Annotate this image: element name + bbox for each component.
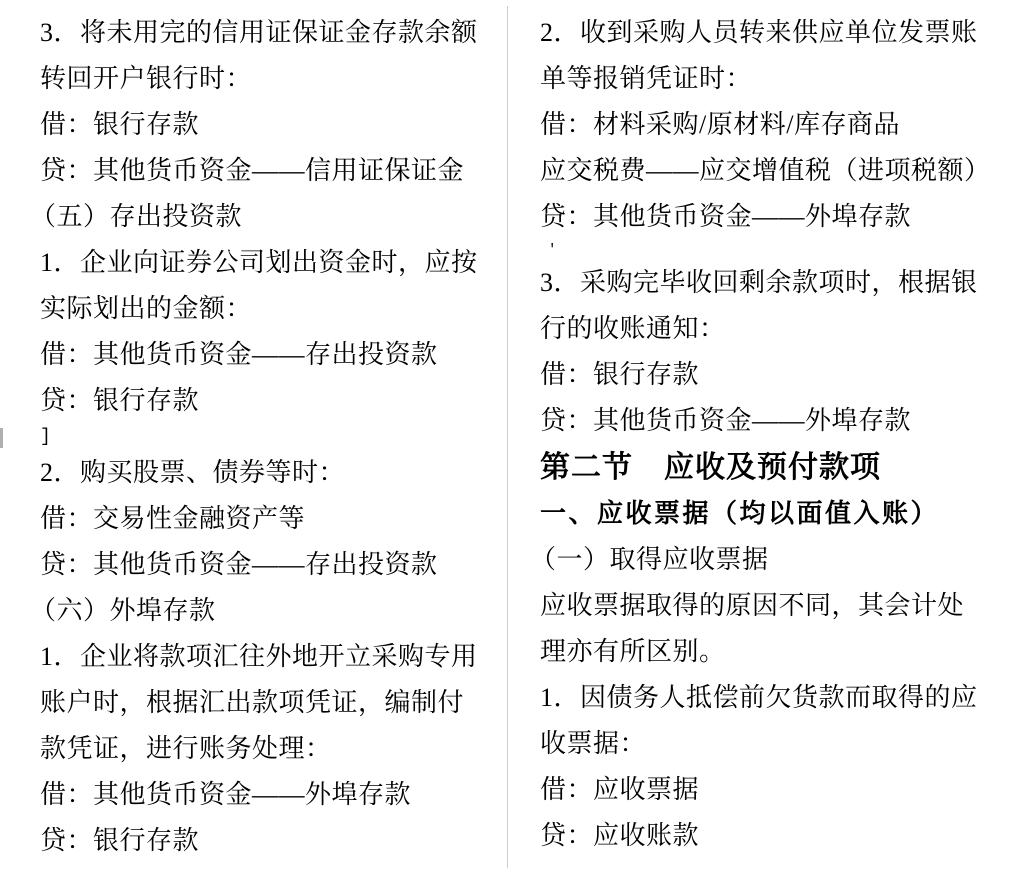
text-line-body: 行的收账通知： (540, 306, 1000, 352)
text-line-body: 2．收到采购人员转来供应单位发票账 (540, 10, 1000, 56)
left-edge-artifact (0, 428, 3, 448)
text-line-body: 应交税费——应交增值税（进项税额） (540, 148, 1000, 194)
right-text-column: 2．收到采购人员转来供应单位发票账单等报销凭证时：借：材料采购/原材料/库存商品… (540, 0, 1000, 859)
text-line-body: 借：其他货币资金——存出投资款 (40, 332, 490, 378)
text-line-body: 借：材料采购/原材料/库存商品 (540, 102, 1000, 148)
text-line-body: 借：应收票据 (540, 767, 1000, 813)
text-line-body: 借：交易性金融资产等 (40, 496, 490, 542)
text-line-body: 理亦有所区别。 (540, 629, 1000, 675)
text-line-heading: 第二节 应收及预付款项 (540, 444, 1000, 491)
text-line-subheading: 一、应收票据（均以面值入账） (540, 491, 1000, 537)
text-line-body: 1．企业将款项汇往外地开立采购专用 (40, 634, 490, 680)
text-line-body: 3．采购完毕收回剩余款项时，根据银 (540, 260, 1000, 306)
text-line-body: 借：银行存款 (40, 102, 490, 148)
text-line-body: 借：其他货币资金——外埠存款 (40, 772, 490, 818)
text-line-body: 借：银行存款 (540, 352, 1000, 398)
document-page: 3．将未用完的信用证保证金存款余额转回开户银行时：借：银行存款贷：其他货币资金—… (0, 0, 1014, 882)
text-line-body: 单等报销凭证时： (540, 56, 1000, 102)
text-line-body: 贷：其他货币资金——外埠存款 (540, 398, 1000, 444)
text-line-body: 贷：其他货币资金——存出投资款 (40, 542, 490, 588)
text-line-body: 应收票据取得的原因不同，其会计处 (540, 583, 1000, 629)
text-line-body: 款凭证，进行账务处理： (40, 726, 490, 772)
text-line-body: 贷：其他货币资金——外埠存款 (540, 194, 1000, 240)
text-line-body: 实际划出的金额： (40, 286, 490, 332)
text-line-body: 账户时，根据汇出款项凭证，编制付 (40, 680, 490, 726)
text-line-small-left: ] (40, 424, 490, 450)
text-line-body: 贷：应收账款 (540, 813, 1000, 859)
column-divider (507, 6, 508, 868)
text-line-body: 收票据： (540, 721, 1000, 767)
text-line-body: 贷：银行存款 (40, 378, 490, 424)
left-text-column: 3．将未用完的信用证保证金存款余额转回开户银行时：借：银行存款贷：其他货币资金—… (40, 0, 490, 864)
text-line-small-right: ' (540, 240, 1000, 260)
text-line-body: （六）外埠存款 (30, 588, 490, 634)
text-line-body: 2．购买股票、债券等时： (40, 450, 490, 496)
text-line-body: （五）存出投资款 (30, 194, 490, 240)
text-line-body: 1．企业向证券公司划出资金时，应按 (40, 240, 490, 286)
text-line-body: 转回开户银行时： (40, 56, 490, 102)
text-line-body: 贷：其他货币资金——信用证保证金 (40, 148, 490, 194)
text-line-body: （一）取得应收票据 (530, 537, 1000, 583)
text-line-body: 1．因债务人抵偿前欠货款而取得的应 (540, 675, 1000, 721)
text-line-body: 贷：银行存款 (40, 818, 490, 864)
text-line-body: 3．将未用完的信用证保证金存款余额 (40, 10, 490, 56)
